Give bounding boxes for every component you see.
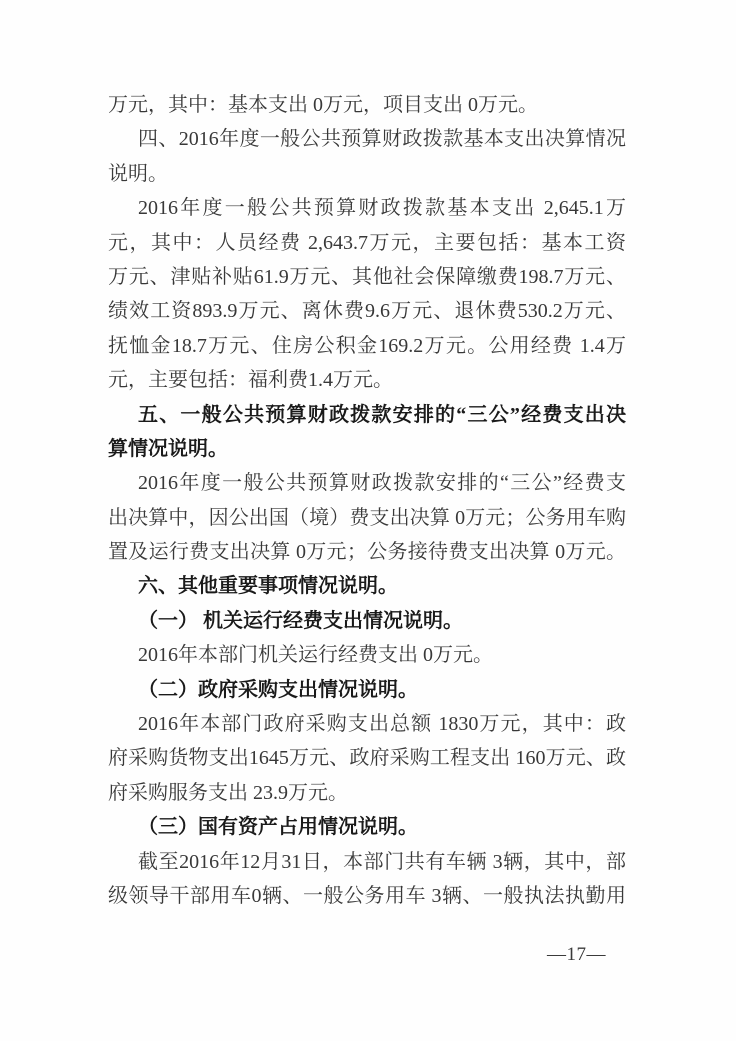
- para-basic-expenditure-line-2: 元，其中：人员经费 2,643.7万元，主要包括：基本工资761.3: [108, 226, 626, 260]
- para-basic-expenditure-line-5: 抚恤金18.7万元、住房公积金169.2万元。公用经费 1.4万: [108, 329, 626, 363]
- para-gov-procurement-line-2: 府采购货物支出1645万元、政府采购工程支出 160万元、政: [108, 741, 626, 775]
- para-operating-expense: 2016年本部门机关运行经费支出 0万元。: [108, 638, 626, 672]
- para-three-public-line-2: 出决算中，因公出国（境）费支出决算 0万元；公务用车购: [108, 501, 626, 535]
- heading-section-6: 六、其他重要事项情况说明。: [108, 569, 626, 603]
- para-state-assets-line-1: 截至2016年12月31日，本部门共有车辆 3辆，其中，部: [108, 845, 626, 879]
- para-three-public-line-3: 置及运行费支出决算 0万元；公务接待费支出决算 0万元。: [108, 535, 626, 569]
- heading-section-4-line-2: 说明。: [108, 157, 626, 191]
- heading-section-5-line-2: 算情况说明。: [108, 432, 626, 466]
- heading-subsection-1: （一） 机关运行经费支出情况说明。: [108, 604, 626, 638]
- document-body: 万元，其中：基本支出 0万元，项目支出 0万元。 四、2016年度一般公共预算财…: [108, 88, 626, 913]
- heading-subsection-3: （三）国有资产占用情况说明。: [108, 810, 626, 844]
- heading-section-5-line-1: 五、一般公共预算财政拨款安排的“三公”经费支出决: [108, 398, 626, 432]
- para-state-assets-line-2: 级领导干部用车0辆、一般公务用车 3辆、一般执法执勤用: [108, 879, 626, 913]
- para-basic-expenditure-line-6: 元，主要包括：福利费1.4万元。: [108, 363, 626, 397]
- page-number: —17—: [547, 942, 606, 968]
- heading-subsection-2: （二）政府采购支出情况说明。: [108, 673, 626, 707]
- para-basic-expenditure-line-3: 万元、津贴补贴61.9万元、其他社会保障缴费198.7万元、: [108, 260, 626, 294]
- para-gov-procurement-line-1: 2016年本部门政府采购支出总额 1830万元，其中：政: [108, 707, 626, 741]
- para-basic-expenditure-line-1: 2016年度一般公共预算财政拨款基本支出 2,645.1万: [108, 191, 626, 225]
- para-basic-expenditure-line-4: 绩效工资893.9万元、离休费9.6万元、退休费530.2万元、: [108, 294, 626, 328]
- heading-section-4-line-1: 四、2016年度一般公共预算财政拨款基本支出决算情况: [108, 122, 626, 156]
- para-three-public-line-1: 2016年度一般公共预算财政拨款安排的“三公”经费支: [108, 466, 626, 500]
- para-gov-procurement-line-3: 府采购服务支出 23.9万元。: [108, 776, 626, 810]
- document-page: 万元，其中：基本支出 0万元，项目支出 0万元。 四、2016年度一般公共预算财…: [0, 0, 736, 1041]
- body-line-carryover: 万元，其中：基本支出 0万元，项目支出 0万元。: [108, 88, 626, 122]
